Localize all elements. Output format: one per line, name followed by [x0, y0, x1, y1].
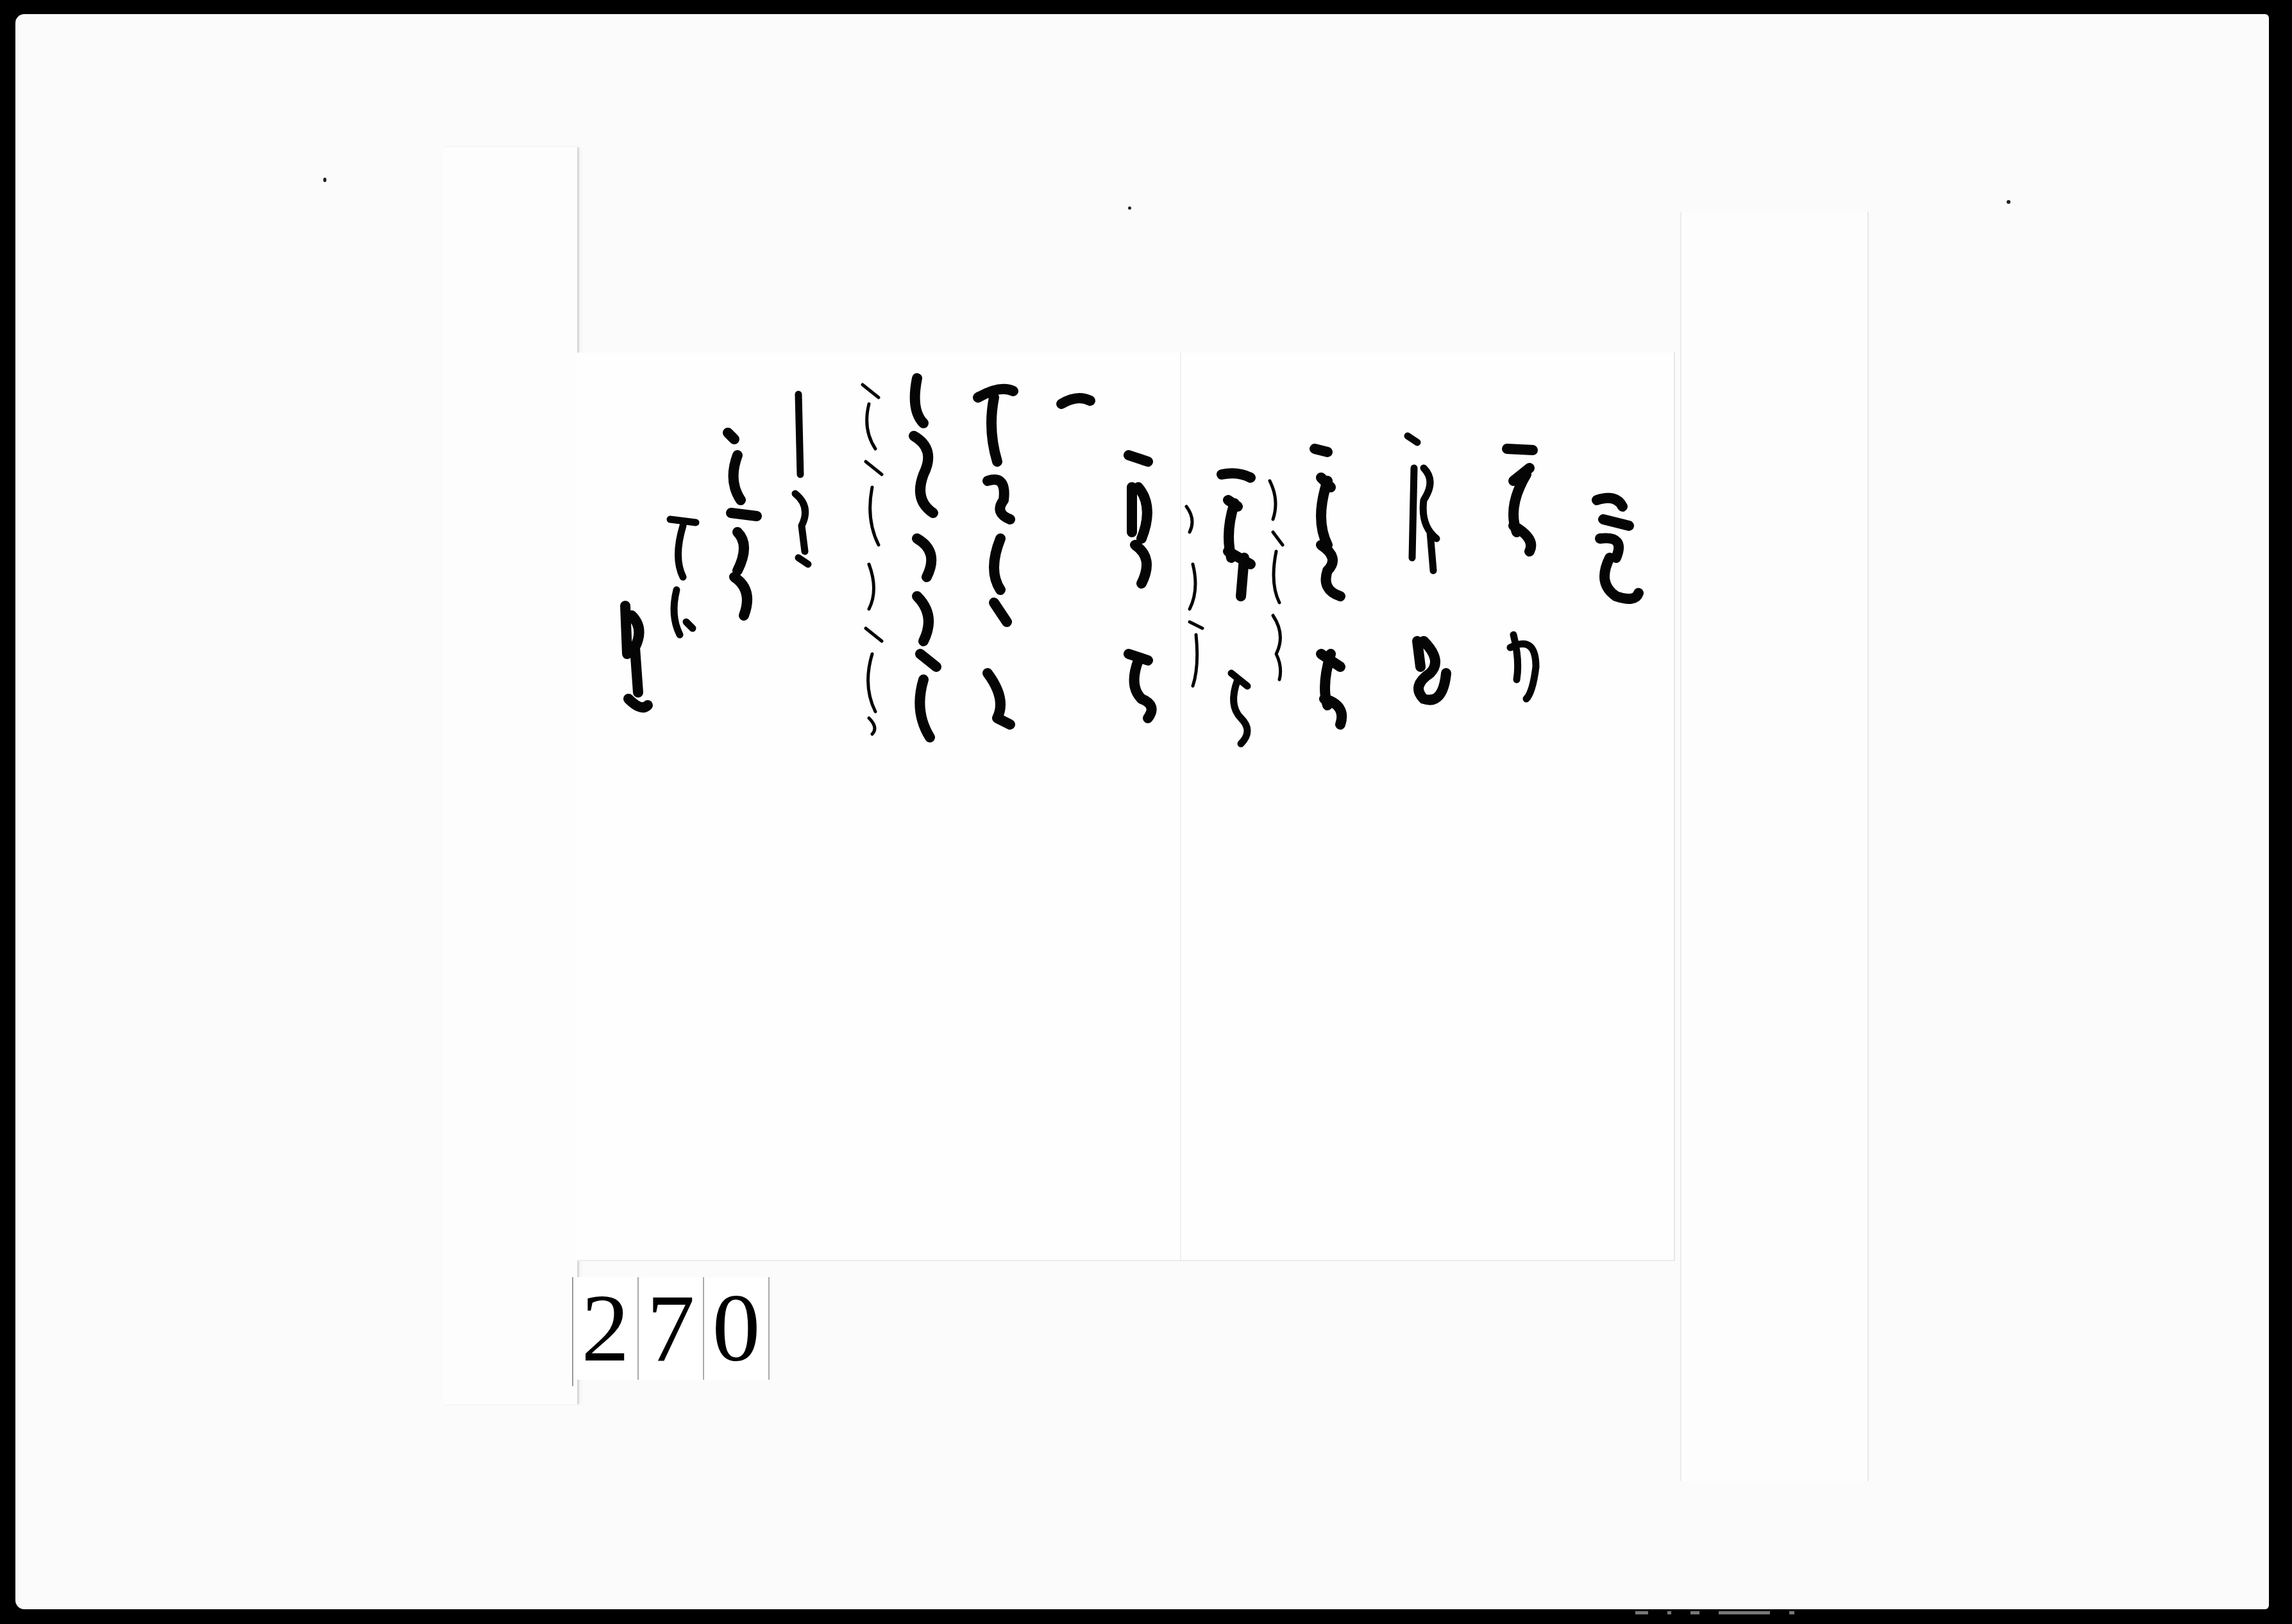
- manuscript-month-day: [667, 513, 705, 644]
- mount-strip-left: [442, 147, 579, 1404]
- page-number-label: 2 7 0: [572, 1277, 770, 1386]
- manuscript-column-5: [1122, 449, 1174, 721]
- paper-speck: [2007, 200, 2010, 204]
- scan-frame: 2 7 0: [0, 0, 2292, 1624]
- manuscript-column-2: [1404, 430, 1456, 715]
- manuscript-signature: [616, 603, 654, 721]
- manuscript-annotation-4: [1183, 500, 1209, 696]
- manuscript-column-4: [1218, 468, 1270, 741]
- manuscript-column-3: [1308, 442, 1360, 741]
- film-edge-marks: [1635, 1606, 1956, 1616]
- manuscript-column-7: [975, 378, 1026, 741]
- manuscript-date-line: [725, 430, 770, 625]
- manuscript-item-mark: [1058, 391, 1097, 414]
- manuscript-text: [577, 353, 1674, 1260]
- manuscript-column-8: [904, 372, 956, 760]
- paper-speck: [323, 178, 326, 182]
- manuscript-annotation-3: [1267, 474, 1292, 683]
- manuscript-column-1: [1501, 442, 1552, 715]
- manuscript-column-9: [789, 391, 821, 574]
- paper-speck: [1128, 206, 1131, 210]
- manuscript-annotation-8: [856, 378, 888, 741]
- mount-strip-right: [1680, 212, 1869, 1481]
- page-number-digit: 2: [573, 1277, 639, 1380]
- page-number-digit: 7: [639, 1277, 704, 1380]
- manuscript-heading: [1590, 487, 1642, 619]
- page-number-digit: 0: [704, 1277, 770, 1380]
